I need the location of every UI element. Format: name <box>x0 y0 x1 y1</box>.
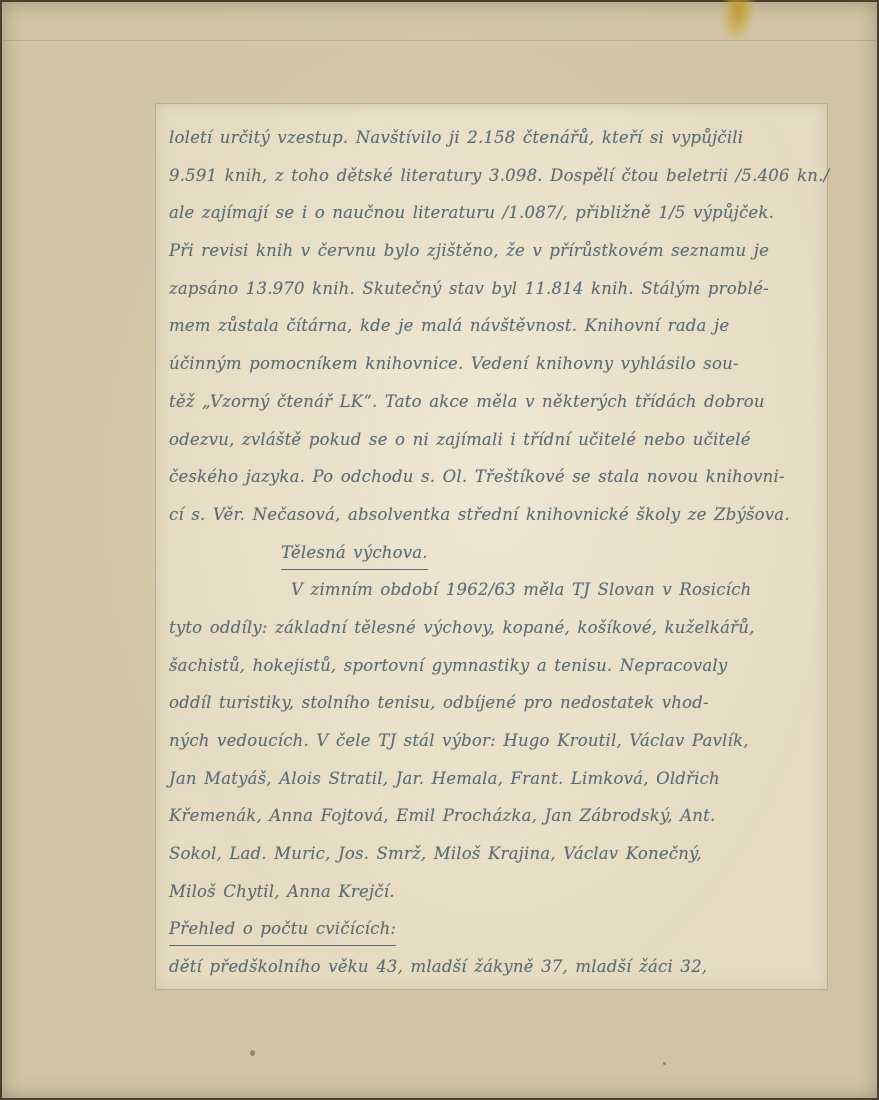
handwritten-line: Sokol, Lad. Muric, Jos. Smrž, Miloš Kraj… <box>169 835 821 873</box>
handwritten-line: českého jazyka. Po odchodu s. Ol. Třeští… <box>169 458 821 496</box>
handwritten-line: účinným pomocníkem knihovnice. Vedení kn… <box>169 345 821 383</box>
dust-speck <box>250 1050 255 1056</box>
handwritten-line: mem zůstala čítárna, kde je malá návštěv… <box>169 307 821 345</box>
glue-stain <box>717 0 757 44</box>
handwritten-line: ných vedoucích. V čele TJ stál výbor: Hu… <box>169 722 821 760</box>
handwritten-line: Miloš Chytil, Anna Krejčí. <box>169 873 821 911</box>
handwritten-line: loletí určitý vzestup. Navštívilo ji 2.1… <box>169 119 821 157</box>
handwritten-line: Při revisi knih v červnu bylo zjištěno, … <box>169 232 821 270</box>
handwritten-sheet: loletí určitý vzestup. Navštívilo ji 2.1… <box>155 103 828 990</box>
handwritten-line: Jan Matyáš, Alois Stratil, Jar. Hemala, … <box>169 760 821 798</box>
section-heading-text: Tělesná výchova. <box>281 538 428 570</box>
handwritten-line: oddíl turistiky, stolního tenisu, odbíje… <box>169 684 821 722</box>
handwritten-line: dětí předškolního věku 43, mladší žákyně… <box>169 948 821 986</box>
section-heading-telesna-vychova: Tělesná výchova. <box>169 534 821 572</box>
handwritten-line: ale zajímají se i o naučnou literaturu /… <box>169 194 821 232</box>
handwritten-line: těž „Vzorný čtenář LK“. Tato akce měla v… <box>169 383 821 421</box>
subheading-prehled-cvicicich: Přehled o počtu cvičících: <box>169 910 821 948</box>
handwritten-line: V zimním období 1962/63 měla TJ Slovan v… <box>169 571 821 609</box>
handwritten-line: tyto oddíly: základní tělesné výchovy, k… <box>169 609 821 647</box>
dust-speck <box>663 1062 666 1065</box>
handwritten-line: 9.591 knih, z toho dětské literatury 3.0… <box>169 157 821 195</box>
handwritten-line: cí s. Věr. Nečasová, absolventka střední… <box>169 496 821 534</box>
handwritten-text-block: loletí určitý vzestup. Navštívilo ji 2.1… <box>169 119 821 986</box>
album-page-background: loletí určitý vzestup. Navštívilo ji 2.1… <box>0 0 879 1100</box>
handwritten-line: odezvu, zvláště pokud se o ni zajímali i… <box>169 421 821 459</box>
handwritten-line: Křemenák, Anna Fojtová, Emil Procházka, … <box>169 797 821 835</box>
handwritten-line: zapsáno 13.970 knih. Skutečný stav byl 1… <box>169 270 821 308</box>
subheading-text: Přehled o počtu cvičících: <box>169 914 396 946</box>
handwritten-line: šachistů, hokejistů, sportovní gymnastik… <box>169 647 821 685</box>
